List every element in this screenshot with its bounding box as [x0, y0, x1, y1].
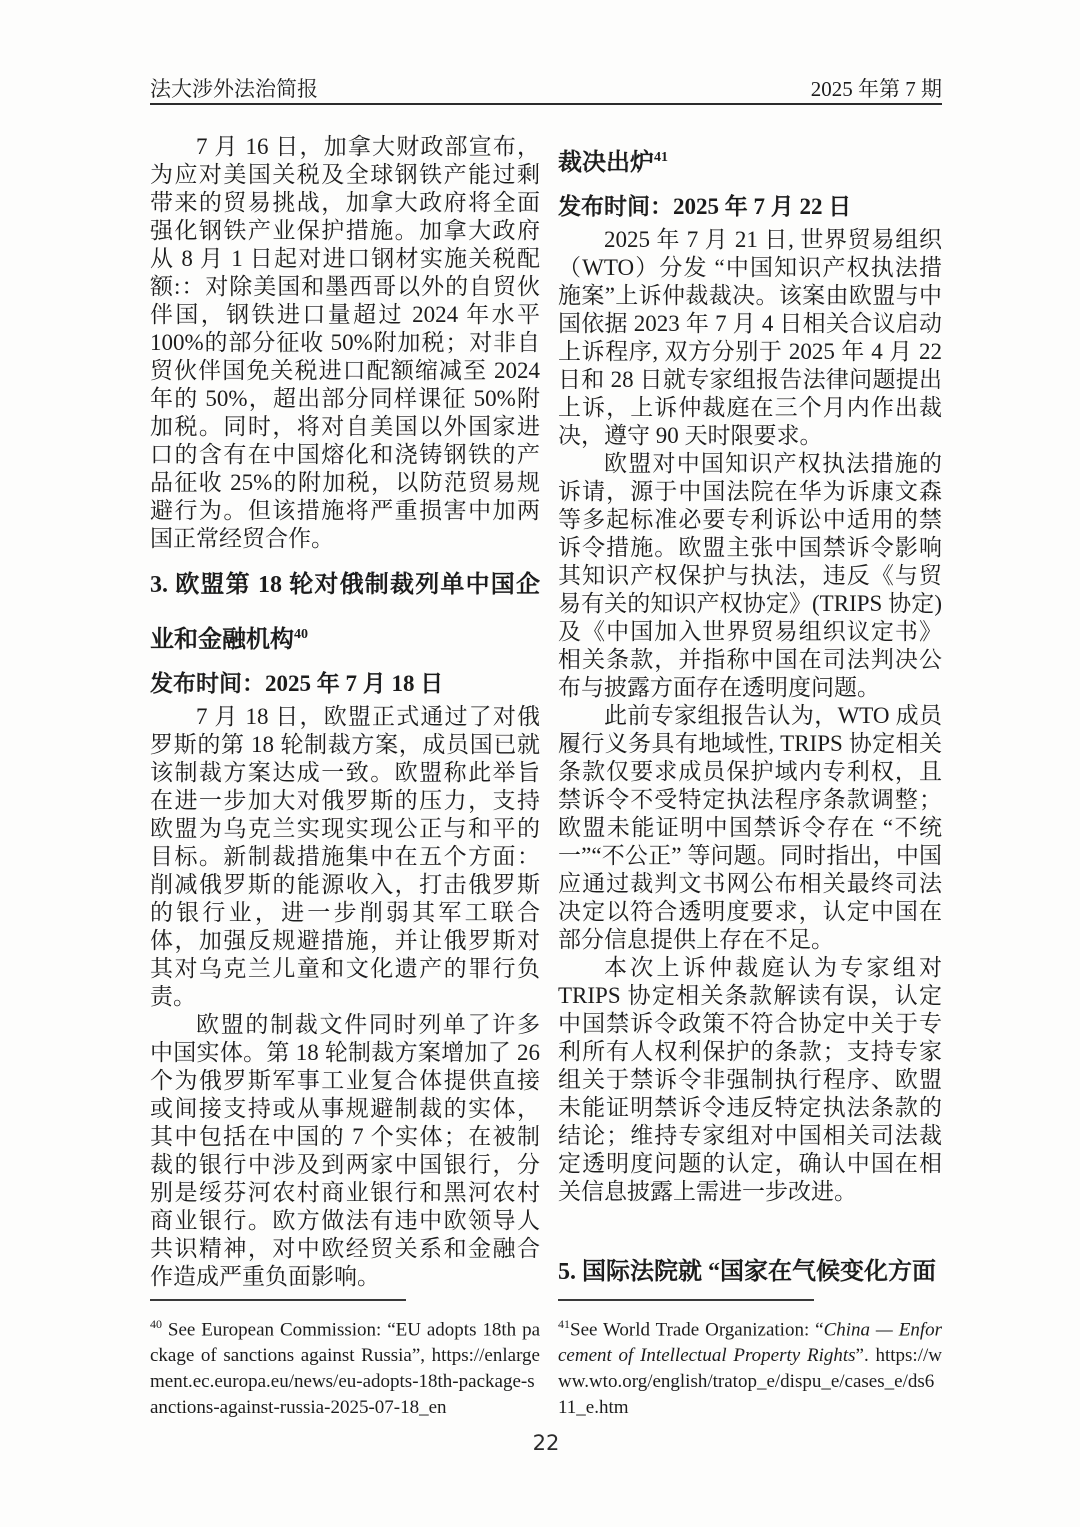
section3-heading: 3. 欧盟第 18 轮对俄制裁列单中国企业和金融机构40	[150, 561, 540, 665]
footnote-41-text-prefix: See World Trade Organization: “	[570, 1319, 824, 1340]
right-column: 裁决出炉41 发布时间：2025 年 7 月 22 日 2025 年 7 月 2…	[558, 133, 942, 1421]
paragraph-panel-report: 此前专家组报告认为，WTO 成员履行义务具有地域性, TRIPS 协定相关条款仅…	[558, 702, 942, 954]
paragraph-eu-sanctions-overview: 7 月 18 日，欧盟正式通过了对俄罗斯的第 18 轮制裁方案，成员国已就该制裁…	[150, 703, 540, 1011]
footnote-ref-41-marker: 41	[654, 150, 668, 165]
section3-pub-date: 发布时间：2025 年 7 月 18 日	[150, 667, 540, 701]
document-page: 法大涉外法治简报 2025 年第 7 期 7 月 16 日，加拿大财政部宣布，为…	[0, 0, 1080, 1527]
paragraph-appeal-tribunal-findings: 本次上诉仲裁庭认为专家组对 TRIPS 协定相关条款解读有误，认定中国禁诉令政策…	[558, 954, 942, 1206]
page-header: 法大涉外法治简报 2025 年第 7 期	[150, 76, 942, 105]
section3-title: 3. 欧盟第 18 轮对俄制裁列单中国企业和金融机构	[150, 572, 540, 653]
footnote-separator-left	[150, 1299, 406, 1301]
paragraph-canada-tariffs: 7 月 16 日，加拿大财政部宣布，为应对美国关税及全球钢铁产能过剩带来的贸易挑…	[150, 133, 540, 553]
footnote-40-text: See European Commission: “EU adopts 18th…	[150, 1319, 540, 1418]
footnote-ref-40-marker: 40	[294, 627, 308, 642]
footnote-41: 41See World Trade Organization: “China —…	[558, 1311, 942, 1421]
section4-pub-date: 发布时间：2025 年 7 月 22 日	[558, 190, 942, 224]
page-number: 22	[150, 1431, 942, 1455]
paragraph-eu-sanctions-chinese-entities: 欧盟的制裁文件同时列单了许多中国实体。第 18 轮制裁方案增加了 26 个为俄罗…	[150, 1011, 540, 1291]
left-column: 7 月 16 日，加拿大财政部宣布，为应对美国关税及全球钢铁产能过剩带来的贸易挑…	[150, 133, 540, 1421]
section4-title-continuation: 裁决出炉	[558, 150, 654, 176]
section5-title: 5. 国际法院就 “国家在气候变化方面	[558, 1259, 936, 1285]
paragraph-wto-ruling-issued: 2025 年 7 月 21 日, 世界贸易组织（WTO）分发 “中国知识产权执法…	[558, 226, 942, 450]
publication-title: 法大涉外法治简报	[150, 76, 318, 102]
footnote-area-left: 40 See European Commission: “EU adopts 1…	[150, 1293, 540, 1421]
footnote-41-ref: 41	[558, 1317, 570, 1331]
footnote-40-ref: 40	[150, 1317, 162, 1331]
footnote-area-right: 41See World Trade Organization: “China —…	[558, 1293, 942, 1421]
paragraph-eu-claims: 欧盟对中国知识产权执法措施的诉请，源于中国法院在华为诉康文森等多起标准必要专利诉…	[558, 450, 942, 702]
section5-heading: 5. 国际法院就 “国家在气候变化方面	[558, 1248, 942, 1297]
footnote-40: 40 See European Commission: “EU adopts 1…	[150, 1311, 540, 1421]
issue-number: 2025 年第 7 期	[811, 76, 942, 102]
footnote-separator-right	[558, 1299, 814, 1301]
two-column-body: 7 月 16 日，加拿大财政部宣布，为应对美国关税及全球钢铁产能过剩带来的贸易挑…	[150, 133, 942, 1421]
section4-heading-continuation: 裁决出炉41	[558, 133, 942, 188]
